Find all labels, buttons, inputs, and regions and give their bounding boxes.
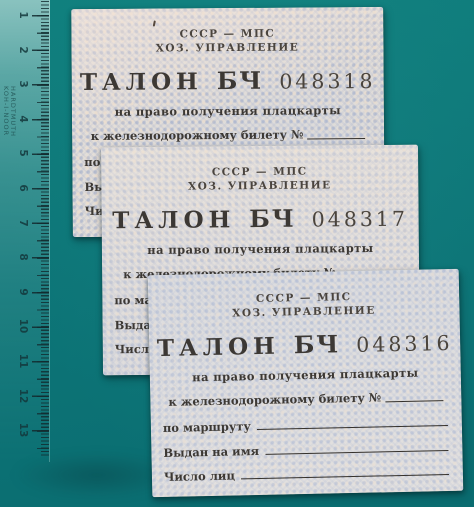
blank-line	[241, 474, 449, 479]
ruler-brand-line1: KOH-I-NOOR	[2, 86, 9, 246]
talon-series: БЧ	[249, 204, 296, 233]
org-line-1: СССР — МПС	[71, 27, 383, 41]
ticket-number-line: к железнодорожному билету №	[150, 389, 461, 410]
purpose-line: на право получения плацкарты	[102, 241, 419, 258]
ruler-brand: KOH-I-NOOR HARDTMUTH	[2, 86, 16, 246]
ruler-number: 8	[17, 248, 29, 266]
blank-line	[257, 425, 448, 430]
purpose-line: на право получения плацкарты	[72, 103, 384, 119]
talon-label: ТАЛОН	[157, 333, 280, 363]
ruler: 12345678910111213 KOH-I-NOOR HARDTMUTH	[0, 0, 50, 462]
ruler-number: 2	[17, 41, 29, 59]
ruler-number: 3	[17, 75, 29, 93]
ruler-number: 12	[17, 387, 29, 405]
ruler-number: 6	[17, 179, 29, 197]
purpose-line: на право получения плацкарты	[150, 365, 461, 386]
org-line-2: ХОЗ. УПРАВЛЕНИЕ	[71, 41, 383, 55]
persons-line: Число лиц	[164, 464, 451, 484]
blank-line	[385, 400, 443, 402]
ruler-number: 1	[17, 6, 29, 24]
ruler-number: 10	[17, 317, 29, 335]
ruler-brand-line2: HARDTMUTH	[9, 86, 16, 246]
photo-stage: 12345678910111213 KOH-I-NOOR HARDTMUTH С…	[0, 0, 474, 507]
ticket-number-label: к железнодорожному билету №	[91, 127, 304, 142]
talon-label: ТАЛОН	[80, 68, 203, 96]
persons-label: Число лиц	[164, 469, 235, 484]
issued-label: Выдан на имя	[163, 444, 259, 460]
route-label: по маршруту	[163, 419, 251, 435]
ruler-number: 13	[17, 421, 29, 439]
ticket-serial: 048317	[312, 207, 408, 232]
org-line-1: СССР — МПС	[101, 165, 418, 180]
ticket-number-line: к железнодорожному билету №	[72, 127, 384, 143]
talon-series: БЧ	[217, 66, 264, 95]
blank-line	[265, 450, 448, 455]
blank-line	[308, 138, 366, 139]
ruler-number: 11	[17, 352, 29, 370]
talon-label: ТАЛОН	[112, 206, 235, 234]
talon-line: ТАЛОНБЧ048318	[72, 65, 384, 96]
ticket-3: СССР — МПС ХОЗ. УПРАВЛЕНИЕ ТАЛОНБЧ048316…	[148, 269, 464, 497]
org-line-2: ХОЗ. УПРАВЛЕНИЕ	[101, 179, 418, 194]
ruler-number: 7	[17, 214, 29, 232]
ink-speck	[153, 20, 156, 26]
talon-series: БЧ	[294, 329, 341, 359]
talon-line: ТАЛОНБЧ048316	[149, 327, 461, 363]
ticket-number-label: к железнодорожному билету №	[168, 390, 381, 408]
ruler-ticks-cm	[32, 15, 49, 457]
ruler-number: 9	[17, 283, 29, 301]
ruler-number: 5	[17, 144, 29, 162]
ticket-serial: 048318	[279, 69, 375, 94]
talon-line: ТАЛОНБЧ048317	[102, 203, 419, 235]
route-line: по маршруту	[163, 415, 450, 435]
ruler-number: 4	[17, 110, 29, 128]
ticket-serial: 048316	[356, 331, 453, 357]
issued-line: Выдан на имя	[163, 440, 450, 460]
